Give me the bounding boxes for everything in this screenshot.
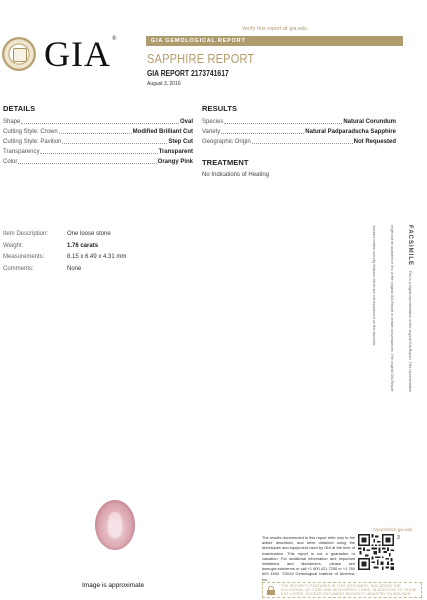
results-title: RESULTS	[202, 104, 396, 113]
treatment-text: No Indications of Heating	[202, 172, 396, 178]
report-number: GIA REPORT 2173741617	[147, 69, 229, 78]
security-notice: THE SECURITY FEATURES IN THIS DOCUMENT, …	[262, 582, 422, 598]
reportcheck-link[interactable]: reportcheck.gia.edu	[373, 527, 413, 532]
detail-row-color: ColorOrangy Pink	[3, 157, 193, 167]
detail-row-shape: ShapeOval	[3, 117, 193, 127]
facsimile-text: This is a digital representation of the …	[372, 225, 412, 392]
report-type-band: GIA GEMOLOGICAL REPORT	[146, 36, 403, 46]
treatment-section: TREATMENT No Indications of Heating	[202, 158, 396, 178]
report-date: August 3, 2016	[147, 81, 181, 87]
lock-icon	[267, 586, 275, 595]
detail-row-pavilion: Cutting Style: PavilionStep Cut	[3, 137, 193, 147]
disclaimer-text: The results documented in this report re…	[262, 535, 355, 582]
result-row-origin: Geographic OriginNot Requested	[202, 137, 396, 147]
image-caption: Image is approximate	[82, 582, 144, 589]
facsimile-notice: FACSIMILE This is a digital representati…	[404, 225, 422, 395]
detail-row-crown: Cutting Style: CrownModified Brilliant C…	[3, 127, 193, 137]
gia-logo: GIA®	[2, 34, 120, 74]
qr-code-icon[interactable]	[358, 534, 394, 570]
gia-seal-icon	[2, 37, 36, 71]
verify-link[interactable]: Verify this report at gia.edu	[146, 26, 403, 32]
facsimile-title: FACSIMILE	[407, 225, 413, 266]
info-row-comments: Comments:None	[3, 264, 203, 276]
results-section: RESULTS SpeciesNatural Corundum VarietyN…	[202, 104, 396, 147]
info-row-weight: Weight:1.76 carats	[3, 241, 203, 253]
info-row-measurements: Measurements:8.15 x 6.49 x 4.31 mm	[3, 252, 203, 264]
detail-row-transparency: TransparencyTransparent	[3, 147, 193, 157]
info-row-description: Item Description:One loose stone	[3, 229, 203, 241]
security-text: THE SECURITY FEATURES IN THIS DOCUMENT, …	[281, 584, 417, 596]
report-title: SAPPHIRE REPORT	[147, 51, 254, 66]
qr-number: 3	[397, 535, 400, 541]
gemstone-image	[95, 500, 135, 550]
treatment-title: TREATMENT	[202, 158, 396, 167]
item-info: Item Description:One loose stone Weight:…	[3, 229, 203, 275]
logo-wordmark: GIA®	[44, 36, 118, 72]
details-section: DETAILS ShapeOval Cutting Style: CrownMo…	[3, 104, 193, 167]
result-row-species: SpeciesNatural Corundum	[202, 117, 396, 127]
result-row-variety: VarietyNatural Padparadscha Sapphire	[202, 127, 396, 137]
details-title: DETAILS	[3, 104, 193, 113]
